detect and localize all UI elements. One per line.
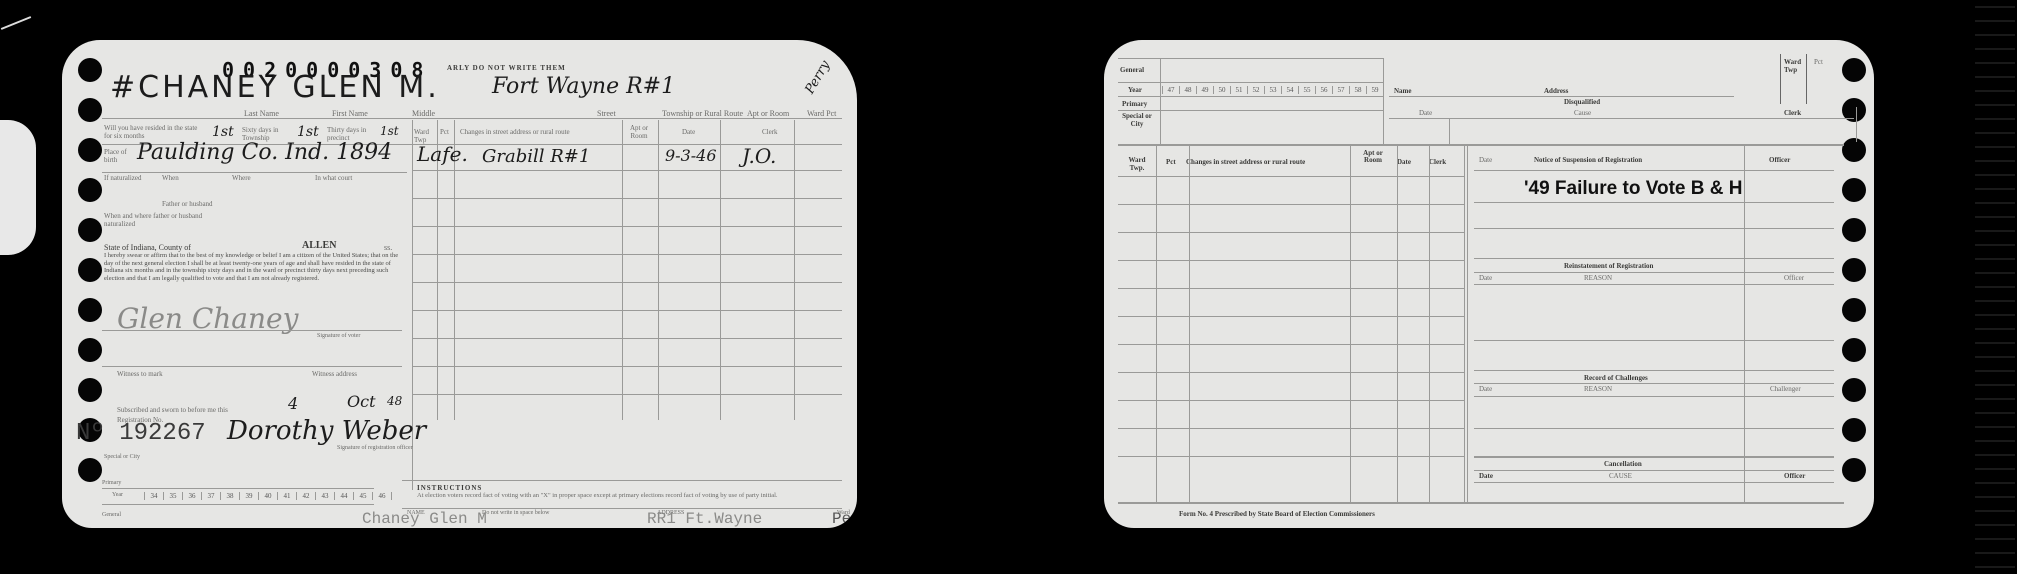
label-changes: Changes in street address or rural route [460,128,570,136]
officer-signature-handwritten: Dorothy Weber [227,416,426,446]
col-ward-twp: Ward Twp. [1122,156,1152,172]
label-name: Name [1394,87,1412,95]
punch-holes-right [1842,58,1868,482]
label-date: Date [682,128,695,136]
suspension-col-notice: Notice of Suspension of Registration [1534,156,1642,164]
punch-hole [1842,218,1866,242]
label-last-name: Last Name [244,109,279,118]
label-clerk: Clerk [1784,109,1801,117]
punch-hole [78,178,102,202]
grid-label-special-city: Special or City [1122,112,1152,128]
column-divider [1780,54,1781,104]
rule [1474,396,1834,397]
year-cell: 45 [353,492,372,500]
year-cell: 40 [258,492,277,500]
punch-hole [1842,178,1866,202]
label-first-name: First Name [332,109,368,118]
table-row [1118,372,1464,373]
reinstatement-col-reason: REASON [1584,274,1612,282]
column-divider [1189,146,1190,502]
resided-state-value: 1st [212,124,234,140]
footer-label-do-not-write: Do not write in space below [482,510,549,516]
rule [1474,370,1834,371]
rule [1389,118,1854,119]
year-cell: 51 [1230,86,1247,94]
grid-label-year: Year [112,492,123,498]
label-pct-top: Pct [1814,58,1823,66]
column-divider [1397,146,1398,502]
form-footer: Form No. 4 Prescribed by State Board of … [1179,510,1375,518]
year-cell: 41 [277,492,296,500]
cancellation-col-cause: CAUSE [1609,472,1632,480]
grid-label-general: General [1120,66,1144,74]
grid-label-year: Year [1128,86,1142,94]
voter-name-handwritten: #CHANEY GLEN M. [110,70,440,105]
label-subscribed: Subscribed and sworn to before me this [117,406,228,414]
year-cell: 36 [182,492,201,500]
year-row-back: 47 48 49 50 51 52 53 54 55 56 57 58 59 [1162,86,1384,94]
label-date: Date [1419,109,1432,117]
rule [1474,482,1834,483]
rule [1474,340,1834,341]
table-row [1118,344,1464,345]
col-clerk: Clerk [1429,158,1446,166]
adjacent-card-edge [0,120,36,255]
label-ward-pct: Ward Pct [807,109,836,118]
rule [1118,96,1383,97]
table-row [1118,456,1464,457]
typed-precinct: Perry [832,510,857,528]
year-cell: 50 [1213,86,1230,94]
label-officer-signature: Signature of registration officer [337,445,413,451]
oath-county-value: ALLEN [302,240,336,251]
oath-body-text: I hereby swear or affirm that to the bes… [104,252,404,282]
punch-hole [1842,298,1866,322]
column-divider [1744,146,1745,502]
punch-hole [1842,338,1866,362]
column-divider [1467,146,1468,502]
label-middle: Middle [412,109,435,118]
column-divider [1806,54,1807,104]
change-clerk-handwritten: J.O. [742,144,776,168]
year-cell: 43 [315,492,334,500]
year-cell: 49 [1196,86,1213,94]
year-cell: 47 [1162,86,1179,94]
label-where: Where [232,174,251,182]
subscribed-year-handwritten: 48 [387,394,402,408]
suspension-col-date: Date [1479,156,1492,164]
column-divider [1156,146,1157,502]
subscribed-day-handwritten: 4 [288,394,298,413]
col-pct: Pct [1166,158,1176,166]
rule [102,366,402,367]
column-divider [1856,107,1857,142]
table-row [1118,204,1464,205]
cancellation-col-date: Date [1479,472,1493,480]
label-when-where-naturalized: When and where father or husband natural… [104,212,204,228]
change-ward-twp-handwritten: Lafe. [417,142,468,166]
rule [102,118,842,119]
challenges-col-reason: REASON [1584,385,1612,393]
punch-hole [1842,458,1866,482]
rule [412,170,842,171]
column-divider [794,120,795,420]
label-ward-twp-top: Ward Twp [1784,58,1804,74]
typed-name: Chaney Glen M [362,510,487,528]
punch-hole [78,218,102,242]
label-apt-room: Apt or Room [627,124,651,140]
year-cell: 55 [1298,86,1315,94]
label-clerk: Clerk [762,128,778,136]
column-divider [622,120,623,420]
reinstatement-title: Reinstatement of Registration [1564,262,1653,270]
rule [1474,202,1834,203]
reinstatement-col-date: Date [1479,274,1492,282]
rule [1474,470,1834,471]
voter-city-handwritten: Fort Wayne R#1 [492,74,675,99]
punch-hole [1842,378,1866,402]
punch-hole [78,98,102,122]
col-date: Date [1397,158,1411,166]
cancellation-col-officer: Officer [1784,472,1805,480]
rule [102,488,374,489]
table-row [1118,400,1464,401]
rule [402,480,842,481]
year-cell: 42 [296,492,315,500]
year-cell: 38 [220,492,239,500]
column-divider [1383,58,1384,144]
year-cell: 52 [1247,86,1264,94]
film-scratch [1,16,31,30]
rule [1474,456,1834,458]
rule [1474,428,1834,429]
punch-hole [1842,258,1866,282]
rule [412,338,842,339]
registration-card-front: 0020000308 ARLY DO NOT WRITE THEM #CHANE… [62,40,857,528]
registration-card-back: General Year 47 48 49 50 51 52 53 54 55 … [1104,40,1874,528]
rule [102,172,407,173]
reinstatement-col-officer: Officer [1784,274,1804,282]
punch-hole [78,338,102,362]
year-cell: 58 [1349,86,1366,94]
punch-hole [1842,58,1866,82]
registration-number: Nº 192267 [76,420,206,447]
year-cell: 56 [1315,86,1332,94]
cancellation-title: Cancellation [1604,460,1642,468]
label-street: Street [597,109,616,118]
year-cell: 35 [163,492,182,500]
rule [412,282,842,283]
signature-line [102,330,402,331]
grid-label-general: General [102,512,121,518]
punch-hole [78,378,102,402]
year-cell: 46 [372,492,392,500]
punch-holes-left [78,58,104,482]
typed-address: RR1 Ft.Wayne [647,510,762,528]
rule [1474,383,1834,384]
resided-precinct-value: 1st [380,124,399,138]
label-apt: Apt or Room [747,109,789,118]
rule [412,366,842,367]
rule [1474,272,1834,273]
rule [1474,170,1834,171]
table-row [1118,428,1464,429]
label-cause: Cause [1574,109,1591,117]
punch-hole [78,138,102,162]
column-divider [1350,146,1351,502]
punch-hole [78,298,102,322]
year-cell: 37 [201,492,220,500]
label-resided-state: Will you have resided in the state for s… [104,124,199,140]
film-edge-perforation [1975,0,2015,574]
col-apt-room: Apt or Room [1357,150,1389,164]
label-witness-address: Witness address [312,370,357,378]
year-cell: 54 [1281,86,1298,94]
challenges-title: Record of Challenges [1584,374,1648,382]
year-cell: 53 [1264,86,1281,94]
rule [412,394,842,395]
oath-ss: ss. [384,243,392,252]
stamp-suffix-text: ARLY DO NOT WRITE THEM [447,64,566,72]
rule [1389,96,1734,97]
table-row [1118,260,1464,261]
subscribed-month-handwritten: Oct [347,392,376,411]
birthplace-handwritten: Paulding Co. Ind. 1894 [137,140,392,165]
punch-hole [78,258,102,282]
column-divider [1464,146,1465,502]
challenges-col-date: Date [1479,385,1492,393]
rule [1118,82,1383,83]
table-row [1118,176,1464,177]
label-pct: Pct [440,128,449,136]
rule [402,508,842,509]
label-signature-voter: Signature of voter [317,333,360,339]
instructions-body: At election voters record fact of voting… [417,492,837,499]
rule [412,226,842,227]
rule [412,198,842,199]
precinct-handwritten: Perry [802,58,833,96]
punch-hole [1842,138,1866,162]
change-address-handwritten: Grabill R#1 [482,146,590,167]
year-cell: 34 [144,492,163,500]
grid-label-primary: Primary [1122,100,1147,108]
label-township: Township or Rural Route [662,109,743,118]
year-cell: 44 [334,492,353,500]
rule [1118,144,1844,146]
column-divider [1160,58,1161,144]
year-cell: 39 [239,492,258,500]
label-place-of-birth: Place of birth [104,148,134,164]
grid-label-special: Special or City [102,454,142,460]
instructions-title: INSTRUCTIONS [417,484,482,492]
column-divider [658,120,659,420]
label-father-husband: Father or husband [162,200,213,208]
rule [102,504,374,505]
rule [1474,258,1834,259]
year-cell: 48 [1179,86,1196,94]
table-row [1118,232,1464,233]
column-divider [1429,146,1430,502]
year-cell: 59 [1366,86,1384,94]
rule [1118,502,1844,504]
column-divider [1449,118,1450,144]
rule [1474,284,1834,285]
table-row [1118,288,1464,289]
punch-hole [78,458,102,482]
rule [412,254,842,255]
suspension-col-officer: Officer [1769,156,1790,164]
year-cell: 57 [1332,86,1349,94]
label-what-court: In what court [315,174,352,182]
label-disqualified: Disqualified [1564,98,1600,106]
label-address: Address [1544,87,1568,95]
rule [1474,228,1834,229]
oath-state-county: State of Indiana, County of [104,243,191,252]
rule [412,310,842,311]
rule [1118,110,1383,111]
column-divider [720,120,721,420]
table-row [1118,316,1464,317]
label-when: When [162,174,179,182]
label-witness-mark: Witness to mark [117,370,163,378]
change-date-handwritten: 9-3-46 [665,146,717,165]
suspension-entry: '49 Failure to Vote B & H [1524,178,1742,200]
col-changes: Changes in street address or rural route [1186,158,1305,166]
punch-hole [78,58,102,82]
rule [1118,58,1383,59]
challenges-col-challenger: Challenger [1770,385,1801,393]
grid-label-primary: Primary [102,480,121,486]
year-row-front: 34 35 36 37 38 39 40 41 42 43 44 45 46 [144,492,392,500]
label-naturalized: If naturalized [104,174,142,182]
punch-hole [1842,418,1866,442]
resided-township-value: 1st [297,124,319,140]
